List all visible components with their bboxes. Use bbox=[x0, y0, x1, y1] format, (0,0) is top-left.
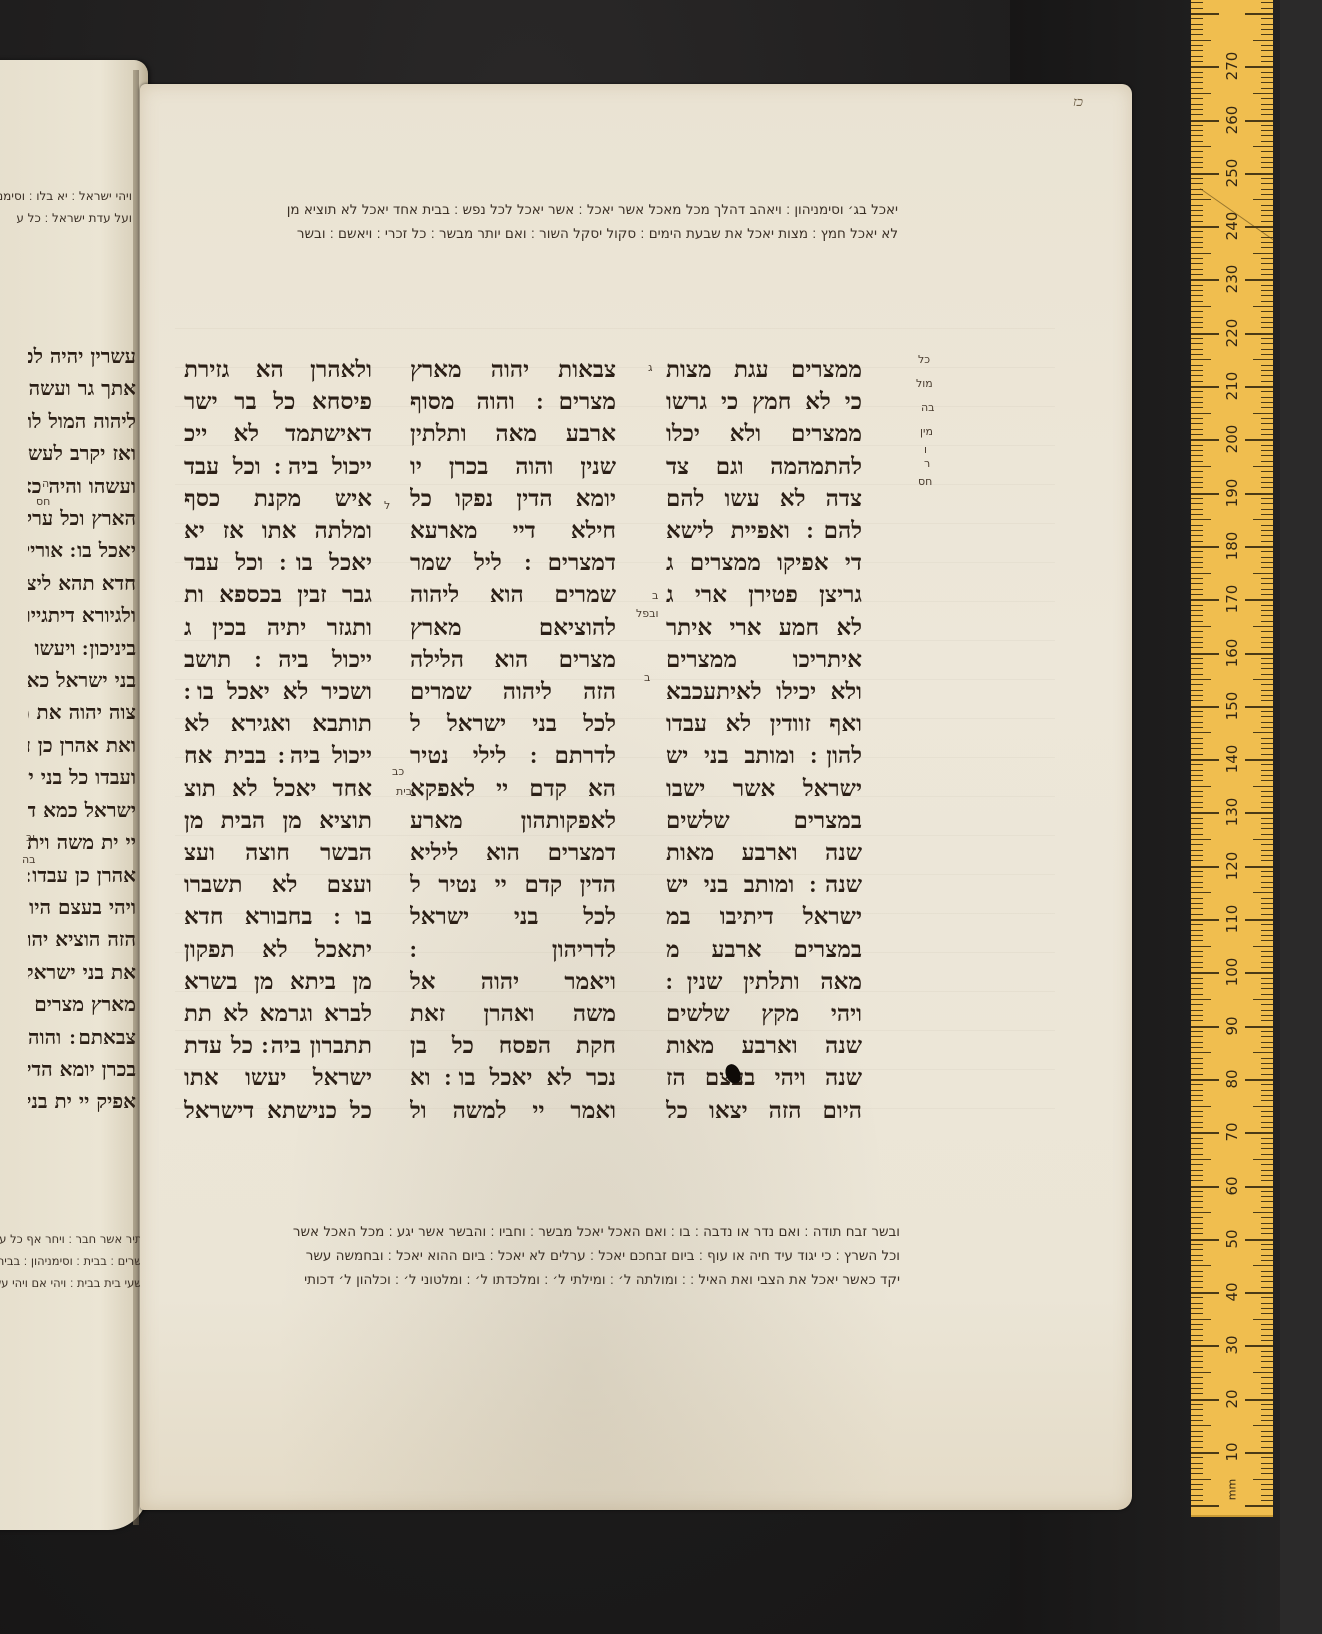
ruler-tick bbox=[1191, 1127, 1203, 1128]
ruler-tick bbox=[1261, 455, 1273, 456]
ruler-tick bbox=[1191, 1244, 1203, 1245]
ruler-tick bbox=[1191, 349, 1203, 350]
ruler-tick bbox=[1191, 1148, 1203, 1149]
ruler-tick bbox=[1261, 327, 1273, 328]
ruler-tick bbox=[1245, 706, 1273, 708]
ruler-tick bbox=[1261, 258, 1273, 259]
ruler-tick bbox=[1261, 1329, 1273, 1330]
ruler-tick bbox=[1261, 1388, 1273, 1389]
ruler-tick bbox=[1261, 56, 1273, 57]
ruler-tick bbox=[1191, 887, 1203, 888]
ruler-label: 210 bbox=[1223, 366, 1241, 406]
ruler-tick bbox=[1261, 1415, 1273, 1416]
ruler-tick bbox=[1245, 919, 1273, 921]
ruler-tick bbox=[1261, 1068, 1273, 1069]
ruler-tick bbox=[1261, 290, 1273, 291]
marginal-note: בית bbox=[396, 780, 412, 804]
ruler-tick bbox=[1191, 397, 1203, 398]
text-line: אתך גר ועשה פסח bbox=[28, 372, 136, 404]
ruler-tick bbox=[1191, 1260, 1203, 1261]
ruler-tick bbox=[1261, 748, 1273, 749]
ruler-tick bbox=[1191, 1303, 1203, 1304]
text-line: ולא יכילו לאיתעכבא bbox=[666, 676, 862, 708]
ruler-tick bbox=[1261, 978, 1273, 979]
text-line: היום הזה יצאו כל bbox=[666, 1095, 862, 1127]
ruler-tick bbox=[1191, 258, 1203, 259]
ruler-tick bbox=[1261, 205, 1273, 206]
ruler-tick bbox=[1191, 167, 1203, 168]
text-line: ולאהרן הא גזירת bbox=[184, 354, 372, 386]
ruler-tick bbox=[1191, 391, 1203, 392]
ruler-tick bbox=[1261, 1495, 1273, 1496]
ruler-tick bbox=[1191, 1383, 1203, 1384]
ruler-tick bbox=[1245, 66, 1273, 68]
ruler-tick bbox=[1191, 647, 1203, 648]
text-line: הזה הוציא יהוה bbox=[28, 923, 136, 955]
ruler-tick bbox=[1191, 1489, 1203, 1490]
ruler-tick bbox=[1261, 1207, 1273, 1208]
text-line: ייכול ביה ׃ תושב bbox=[184, 644, 372, 676]
ruler-tick bbox=[1245, 120, 1273, 122]
ruler-tick bbox=[1191, 727, 1203, 728]
text-line: אהרן כן עבדו ׃ bbox=[28, 859, 136, 891]
ruler-tick bbox=[1261, 525, 1273, 526]
ruler-tick bbox=[1253, 253, 1273, 254]
ruler-tick bbox=[1261, 1393, 1273, 1394]
ruler-tick bbox=[1191, 530, 1203, 531]
text-line: שמרים הוא ליהוה bbox=[410, 579, 616, 611]
ruler-tick bbox=[1191, 711, 1203, 712]
ruler-tick bbox=[1245, 1292, 1273, 1294]
ruler-tick bbox=[1261, 167, 1273, 168]
ruler-tick bbox=[1261, 461, 1273, 462]
ruler-tick bbox=[1261, 1201, 1273, 1202]
ruler-tick bbox=[1261, 1308, 1273, 1309]
ruler-tick bbox=[1261, 818, 1273, 819]
ruler-tick bbox=[1261, 1260, 1273, 1261]
ruler-tick bbox=[1261, 72, 1273, 73]
ruler-tick bbox=[1245, 866, 1273, 868]
ruler-label: 250 bbox=[1223, 153, 1241, 193]
ruler-tick bbox=[1191, 205, 1203, 206]
text-line: הא קדם יי לאפקא bbox=[410, 773, 616, 805]
ruler-tick bbox=[1261, 1281, 1273, 1282]
ruler-tick bbox=[1191, 1447, 1203, 1448]
ruler-tick bbox=[1191, 1191, 1203, 1192]
ruler-tick bbox=[1261, 631, 1273, 632]
ruler-tick bbox=[1261, 722, 1273, 723]
ruler-tick bbox=[1191, 892, 1211, 893]
text-line: לכל בני ישראל ל bbox=[410, 708, 616, 740]
text-line: ליהוה המול לו כל זכר bbox=[28, 405, 136, 437]
ruler-tick bbox=[1191, 215, 1203, 216]
ruler-tick bbox=[1261, 1217, 1273, 1218]
ruler-tick bbox=[1191, 951, 1203, 952]
ruler-tick bbox=[1261, 637, 1273, 638]
marginal-note: בה bbox=[921, 396, 935, 420]
ruler-tick bbox=[1191, 1329, 1203, 1330]
text-line: ממצרים עגת מצות bbox=[666, 354, 862, 386]
ruler-tick bbox=[1261, 125, 1273, 126]
ruler-tick bbox=[1191, 653, 1219, 655]
ruler-tick bbox=[1261, 924, 1273, 925]
ruler-tick bbox=[1191, 599, 1219, 601]
ruler-tick bbox=[1191, 1473, 1203, 1474]
ruler-tick bbox=[1261, 157, 1273, 158]
ruler-tick bbox=[1191, 210, 1203, 211]
ruler-tick bbox=[1191, 914, 1203, 915]
ruler-tick bbox=[1245, 226, 1273, 228]
ruler-tick bbox=[1191, 589, 1203, 590]
text-line: ועבדו כל בני יש bbox=[28, 761, 136, 793]
ruler-tick bbox=[1261, 1447, 1273, 1448]
ruler-tick bbox=[1261, 381, 1273, 382]
ruler-tick bbox=[1261, 194, 1273, 195]
text-line: נכר לא יאכל בו ׃ וא bbox=[410, 1062, 616, 1094]
ruler-tick bbox=[1261, 1180, 1273, 1181]
ruler-tick bbox=[1191, 791, 1203, 792]
ruler-tick bbox=[1261, 1148, 1273, 1149]
ruler-tick bbox=[1261, 418, 1273, 419]
ruler-tick bbox=[1261, 1233, 1273, 1234]
ruler-tick bbox=[1261, 130, 1273, 131]
ruler-tick bbox=[1191, 759, 1219, 761]
text-line: דמצרים הוא ליליא bbox=[410, 837, 616, 869]
ruler-tick bbox=[1191, 684, 1203, 685]
ruler-tick bbox=[1191, 780, 1203, 781]
ruler-tick bbox=[1245, 13, 1273, 15]
ruler-tick bbox=[1261, 684, 1273, 685]
ruler-tick bbox=[1261, 1127, 1273, 1128]
masorah-magna-top: יאכל בג׳ וסימניהון ׃ ויאהב דהלך מכל מאכל… bbox=[188, 198, 898, 246]
ruler-tick bbox=[1261, 450, 1273, 451]
ruler-tick bbox=[1253, 93, 1273, 94]
ruler-tick bbox=[1191, 1100, 1203, 1101]
left-page-masorah-top: ויהי ישראל ׃ יא בלו ׃ וסימניהון ועל עדת … bbox=[0, 185, 132, 229]
ruler-label: 10 bbox=[1223, 1432, 1241, 1472]
ruler-tick bbox=[1261, 610, 1273, 611]
ruler-tick bbox=[1261, 1335, 1273, 1336]
ruler-tick bbox=[1245, 173, 1273, 175]
ruler-tick bbox=[1191, 253, 1211, 254]
ruler-tick bbox=[1191, 621, 1203, 622]
text-line: במצרים שלשים bbox=[666, 805, 862, 837]
ruler-tick bbox=[1191, 109, 1203, 110]
text-column-left: ולאהרן הא גזירתפיסחא כל בר ישרדאישתמד לא… bbox=[184, 354, 372, 1127]
ruler-tick bbox=[1191, 423, 1203, 424]
ruler-tick bbox=[1191, 615, 1203, 616]
ruler-tick bbox=[1261, 88, 1273, 89]
ruler-tick bbox=[1261, 343, 1273, 344]
ruler-tick bbox=[1191, 141, 1203, 142]
text-line: ושכיר לא יאכל בו ׃ bbox=[184, 676, 372, 708]
ruler-tick bbox=[1245, 333, 1273, 335]
ruler-tick bbox=[1191, 114, 1203, 115]
text-line: הבשר חוצה ועצ bbox=[184, 837, 372, 869]
ruler-tick bbox=[1261, 983, 1273, 984]
ruler-tick bbox=[1261, 860, 1273, 861]
ruler-tick bbox=[1261, 700, 1273, 701]
text-line: ויאמר יהוה אל bbox=[410, 966, 616, 998]
text-column-right: ממצרים עגת מצותכי לא חמץ כי גרשוממצרים ו… bbox=[666, 354, 862, 1127]
masorah-line: יתיר אשר חבר ׃ ויחר אף כל עדת יש bbox=[0, 1228, 145, 1250]
ruler-tick bbox=[1261, 1463, 1273, 1464]
text-line: גריצן פטירן ארי ג bbox=[666, 579, 862, 611]
ruler-tick bbox=[1191, 663, 1203, 664]
ruler-tick bbox=[1261, 1473, 1273, 1474]
ruler-tick bbox=[1191, 1154, 1203, 1155]
masorah-line: יקד כאשר יאכל את הצבי ואת האיל ׃ ׃ ומולת… bbox=[180, 1268, 900, 1292]
ruler-tick bbox=[1261, 1468, 1273, 1469]
ruler-tick bbox=[1261, 1489, 1273, 1490]
ruler-tick bbox=[1261, 2, 1273, 3]
text-line: לברא וגרמא לא תת bbox=[184, 998, 372, 1030]
text-line: יאכל בו ׃ אורייתא bbox=[28, 534, 136, 566]
left-page-marginal-note: יב bbox=[26, 826, 35, 850]
text-line: יי ית משה וית bbox=[28, 826, 136, 858]
ruler-tick bbox=[1261, 1361, 1273, 1362]
ruler-tick bbox=[1253, 1265, 1273, 1266]
ruler-tick bbox=[1245, 1026, 1273, 1028]
text-line: ואז יקרב לעש bbox=[28, 437, 136, 469]
masorah-line: ויהי ישראל ׃ יא בלו ׃ וסימניהון bbox=[0, 185, 132, 207]
ruler-tick bbox=[1191, 88, 1203, 89]
ruler-tick bbox=[1191, 1228, 1203, 1229]
marginal-note: ב bbox=[644, 666, 650, 690]
ruler-tick bbox=[1191, 498, 1203, 499]
ruler-tick bbox=[1261, 503, 1273, 504]
text-line: ועצם לא תשברו bbox=[184, 869, 372, 901]
ruler-tick bbox=[1261, 104, 1273, 105]
ruler-tick bbox=[1191, 72, 1203, 73]
text-line: להם ׃ ואפיית לישא bbox=[666, 515, 862, 547]
ruler-tick bbox=[1191, 834, 1203, 835]
text-line: בכרן יומא הדין bbox=[28, 1053, 136, 1085]
ruler-tick bbox=[1261, 1020, 1273, 1021]
ruler-tick bbox=[1191, 1233, 1203, 1234]
text-line: גבר זבין בכספא ות bbox=[184, 579, 372, 611]
ruler-tick bbox=[1191, 439, 1219, 441]
ruler-tick bbox=[1253, 1159, 1273, 1160]
ruler-label: 40 bbox=[1223, 1272, 1241, 1312]
ruler-tick bbox=[1191, 365, 1203, 366]
ruler-tick bbox=[1191, 695, 1203, 696]
ruler-tick bbox=[1261, 263, 1273, 264]
right-edge-strip bbox=[1280, 0, 1322, 1634]
ruler-tick bbox=[1261, 391, 1273, 392]
ruler-tick bbox=[1191, 1505, 1219, 1507]
ruler-tick bbox=[1261, 1031, 1273, 1032]
masorah-line: ישעי בית בבית ׃ ויהי אם ויהי עשה bbox=[0, 1272, 145, 1294]
ruler-tick bbox=[1261, 482, 1273, 483]
ruler-tick bbox=[1261, 445, 1273, 446]
ruler-tick bbox=[1191, 796, 1203, 797]
ruler-tick bbox=[1191, 546, 1219, 548]
ruler-tick bbox=[1191, 471, 1203, 472]
text-line: לא חמע ארי איתר bbox=[666, 612, 862, 644]
ruler-tick bbox=[1261, 834, 1273, 835]
text-line: עשרין יהיה לכם ליד bbox=[28, 340, 136, 372]
ruler-tick bbox=[1261, 903, 1273, 904]
ruler-tick bbox=[1261, 1276, 1273, 1277]
text-line: ולגיורא דיתגייר bbox=[28, 599, 136, 631]
marginal-note: כל bbox=[918, 348, 930, 372]
ruler-tick bbox=[1191, 135, 1203, 136]
ruler-tick bbox=[1261, 695, 1273, 696]
ruler-tick bbox=[1261, 674, 1273, 675]
ruler-tick bbox=[1245, 759, 1273, 761]
text-line: חדא תהא ליציבא bbox=[28, 567, 136, 599]
ruler-tick bbox=[1191, 333, 1219, 335]
ruler-tick bbox=[1191, 844, 1203, 845]
ruler-tick bbox=[1191, 93, 1211, 94]
ruler-tick bbox=[1191, 1276, 1203, 1277]
ruler-tick bbox=[1191, 231, 1203, 232]
ruler-tick bbox=[1245, 972, 1273, 974]
ruler-tick bbox=[1261, 98, 1273, 99]
ruler-tick bbox=[1261, 247, 1273, 248]
ruler-tick bbox=[1191, 199, 1211, 200]
text-line: הזה ליהוה שמרים bbox=[410, 676, 616, 708]
marginal-note: ל bbox=[384, 494, 390, 518]
ruler-tick bbox=[1261, 578, 1273, 579]
ruler-tick bbox=[1261, 61, 1273, 62]
ruler-tick bbox=[1191, 1020, 1203, 1021]
ruler-label: 270 bbox=[1223, 46, 1241, 86]
ruler-tick bbox=[1261, 1377, 1273, 1378]
ruler-tick bbox=[1191, 1122, 1203, 1123]
ruler-tick bbox=[1191, 1340, 1203, 1341]
ruler-tick bbox=[1261, 370, 1273, 371]
ruler-tick bbox=[1261, 1074, 1273, 1075]
ruler-tick bbox=[1261, 583, 1273, 584]
ruler-tick bbox=[1261, 1196, 1273, 1197]
text-line: לדריהון ׃ bbox=[410, 934, 616, 966]
ruler-tick bbox=[1191, 823, 1203, 824]
left-page-marginal-note: חס bbox=[36, 490, 50, 514]
ruler-tick bbox=[1191, 962, 1203, 963]
ruler-tick bbox=[1261, 716, 1273, 717]
ruler-tick bbox=[1261, 1004, 1273, 1005]
ruler-tick bbox=[1191, 732, 1211, 733]
ruler-tick bbox=[1253, 1425, 1273, 1426]
text-line: ישראל דיתיבו במ bbox=[666, 901, 862, 933]
ruler-label: 190 bbox=[1223, 473, 1241, 513]
ruler-tick bbox=[1261, 562, 1273, 563]
text-line: במצרים ארבע מ bbox=[666, 934, 862, 966]
ruler-tick bbox=[1191, 871, 1203, 872]
ruler-tick bbox=[1191, 1047, 1203, 1048]
text-line: תתברון ביה ׃ כל עדת bbox=[184, 1030, 372, 1062]
ruler-tick bbox=[1191, 1388, 1203, 1389]
ruler-tick bbox=[1191, 770, 1203, 771]
ruler-tick bbox=[1191, 700, 1203, 701]
ruler-tick bbox=[1261, 274, 1273, 275]
ruler-tick bbox=[1245, 1132, 1273, 1134]
ruler-tick bbox=[1191, 610, 1203, 611]
ruler-tick bbox=[1191, 674, 1203, 675]
ruler-tick bbox=[1191, 1361, 1203, 1362]
ruler-tick bbox=[1261, 807, 1273, 808]
ruler-tick bbox=[1191, 40, 1211, 41]
ruler-tick bbox=[1191, 1404, 1203, 1405]
ruler-tick bbox=[1191, 637, 1203, 638]
ruler-tick bbox=[1191, 658, 1203, 659]
text-line: לדרתם ׃ לילי נטיר bbox=[410, 740, 616, 772]
ruler-tick bbox=[1261, 487, 1273, 488]
text-line: ויהי בעצם היום bbox=[28, 891, 136, 923]
ruler-tick bbox=[1261, 940, 1273, 941]
ruler-tick bbox=[1191, 1036, 1203, 1037]
ruler-tick bbox=[1191, 722, 1203, 723]
ruler-tick bbox=[1191, 924, 1203, 925]
ruler-tick bbox=[1253, 466, 1273, 467]
ruler-tick bbox=[1261, 967, 1273, 968]
ruler-tick bbox=[1191, 1313, 1203, 1314]
ruler-tick bbox=[1191, 466, 1211, 467]
ruler-tick bbox=[1191, 274, 1203, 275]
text-line: חקת הפסח כל בן bbox=[410, 1030, 616, 1062]
ruler-tick bbox=[1261, 1154, 1273, 1155]
ruler-tick bbox=[1261, 1058, 1273, 1059]
text-line: צדה לא עשו להם bbox=[666, 483, 862, 515]
ruler-tick bbox=[1261, 242, 1273, 243]
ruler-tick bbox=[1191, 1436, 1203, 1437]
ruler-tick bbox=[1261, 850, 1273, 851]
ruler-tick bbox=[1261, 1175, 1273, 1176]
ruler-tick bbox=[1191, 290, 1203, 291]
masorah-line: יאכל בג׳ וסימניהון ׃ ויאהב דהלך מכל מאכל… bbox=[188, 198, 898, 222]
ruler-tick bbox=[1191, 573, 1211, 574]
ruler-tick bbox=[1253, 732, 1273, 733]
ruler-tick bbox=[1191, 956, 1203, 957]
ruler-tick bbox=[1191, 1463, 1203, 1464]
ruler-tick bbox=[1191, 1441, 1203, 1442]
ruler-tick bbox=[1261, 215, 1273, 216]
ruler-tick bbox=[1261, 210, 1273, 211]
text-line: מארץ מצרים על bbox=[28, 988, 136, 1020]
text-line: שנה ויהי בעצם הז bbox=[666, 1062, 862, 1094]
ruler-tick bbox=[1253, 1372, 1273, 1373]
ruler-tick bbox=[1191, 690, 1203, 691]
ruler-tick bbox=[1261, 530, 1273, 531]
ruler-tick bbox=[1191, 1308, 1203, 1309]
ruler-tick bbox=[1261, 743, 1273, 744]
ruler-tick bbox=[1191, 327, 1203, 328]
ruler-tick bbox=[1191, 860, 1203, 861]
ruler-label: 70 bbox=[1223, 1112, 1241, 1152]
ruler-label: 130 bbox=[1223, 792, 1241, 832]
ruler-label: 140 bbox=[1223, 739, 1241, 779]
ruler-tick bbox=[1261, 141, 1273, 142]
ruler-tick bbox=[1261, 855, 1273, 856]
ruler-tick bbox=[1261, 764, 1273, 765]
ruler-tick bbox=[1191, 269, 1203, 270]
ruler-tick bbox=[1191, 45, 1203, 46]
ruler-tick bbox=[1261, 615, 1273, 616]
ruler-tick bbox=[1191, 1106, 1211, 1107]
ruler-tick bbox=[1261, 1271, 1273, 1272]
masorah-line: ובשר זבח תודה ׃ ואם נדר או נדבה ׃ בו ׃ ו… bbox=[180, 1220, 900, 1244]
ruler-tick bbox=[1191, 994, 1203, 995]
ruler-tick bbox=[1261, 1297, 1273, 1298]
text-line: ישראל כמא דפקיד bbox=[28, 794, 136, 826]
ruler-tick bbox=[1191, 445, 1203, 446]
ruler-tick bbox=[1245, 546, 1273, 548]
ruler-tick bbox=[1191, 1207, 1203, 1208]
ruler-tick bbox=[1191, 162, 1203, 163]
ruler-tick bbox=[1191, 1201, 1203, 1202]
